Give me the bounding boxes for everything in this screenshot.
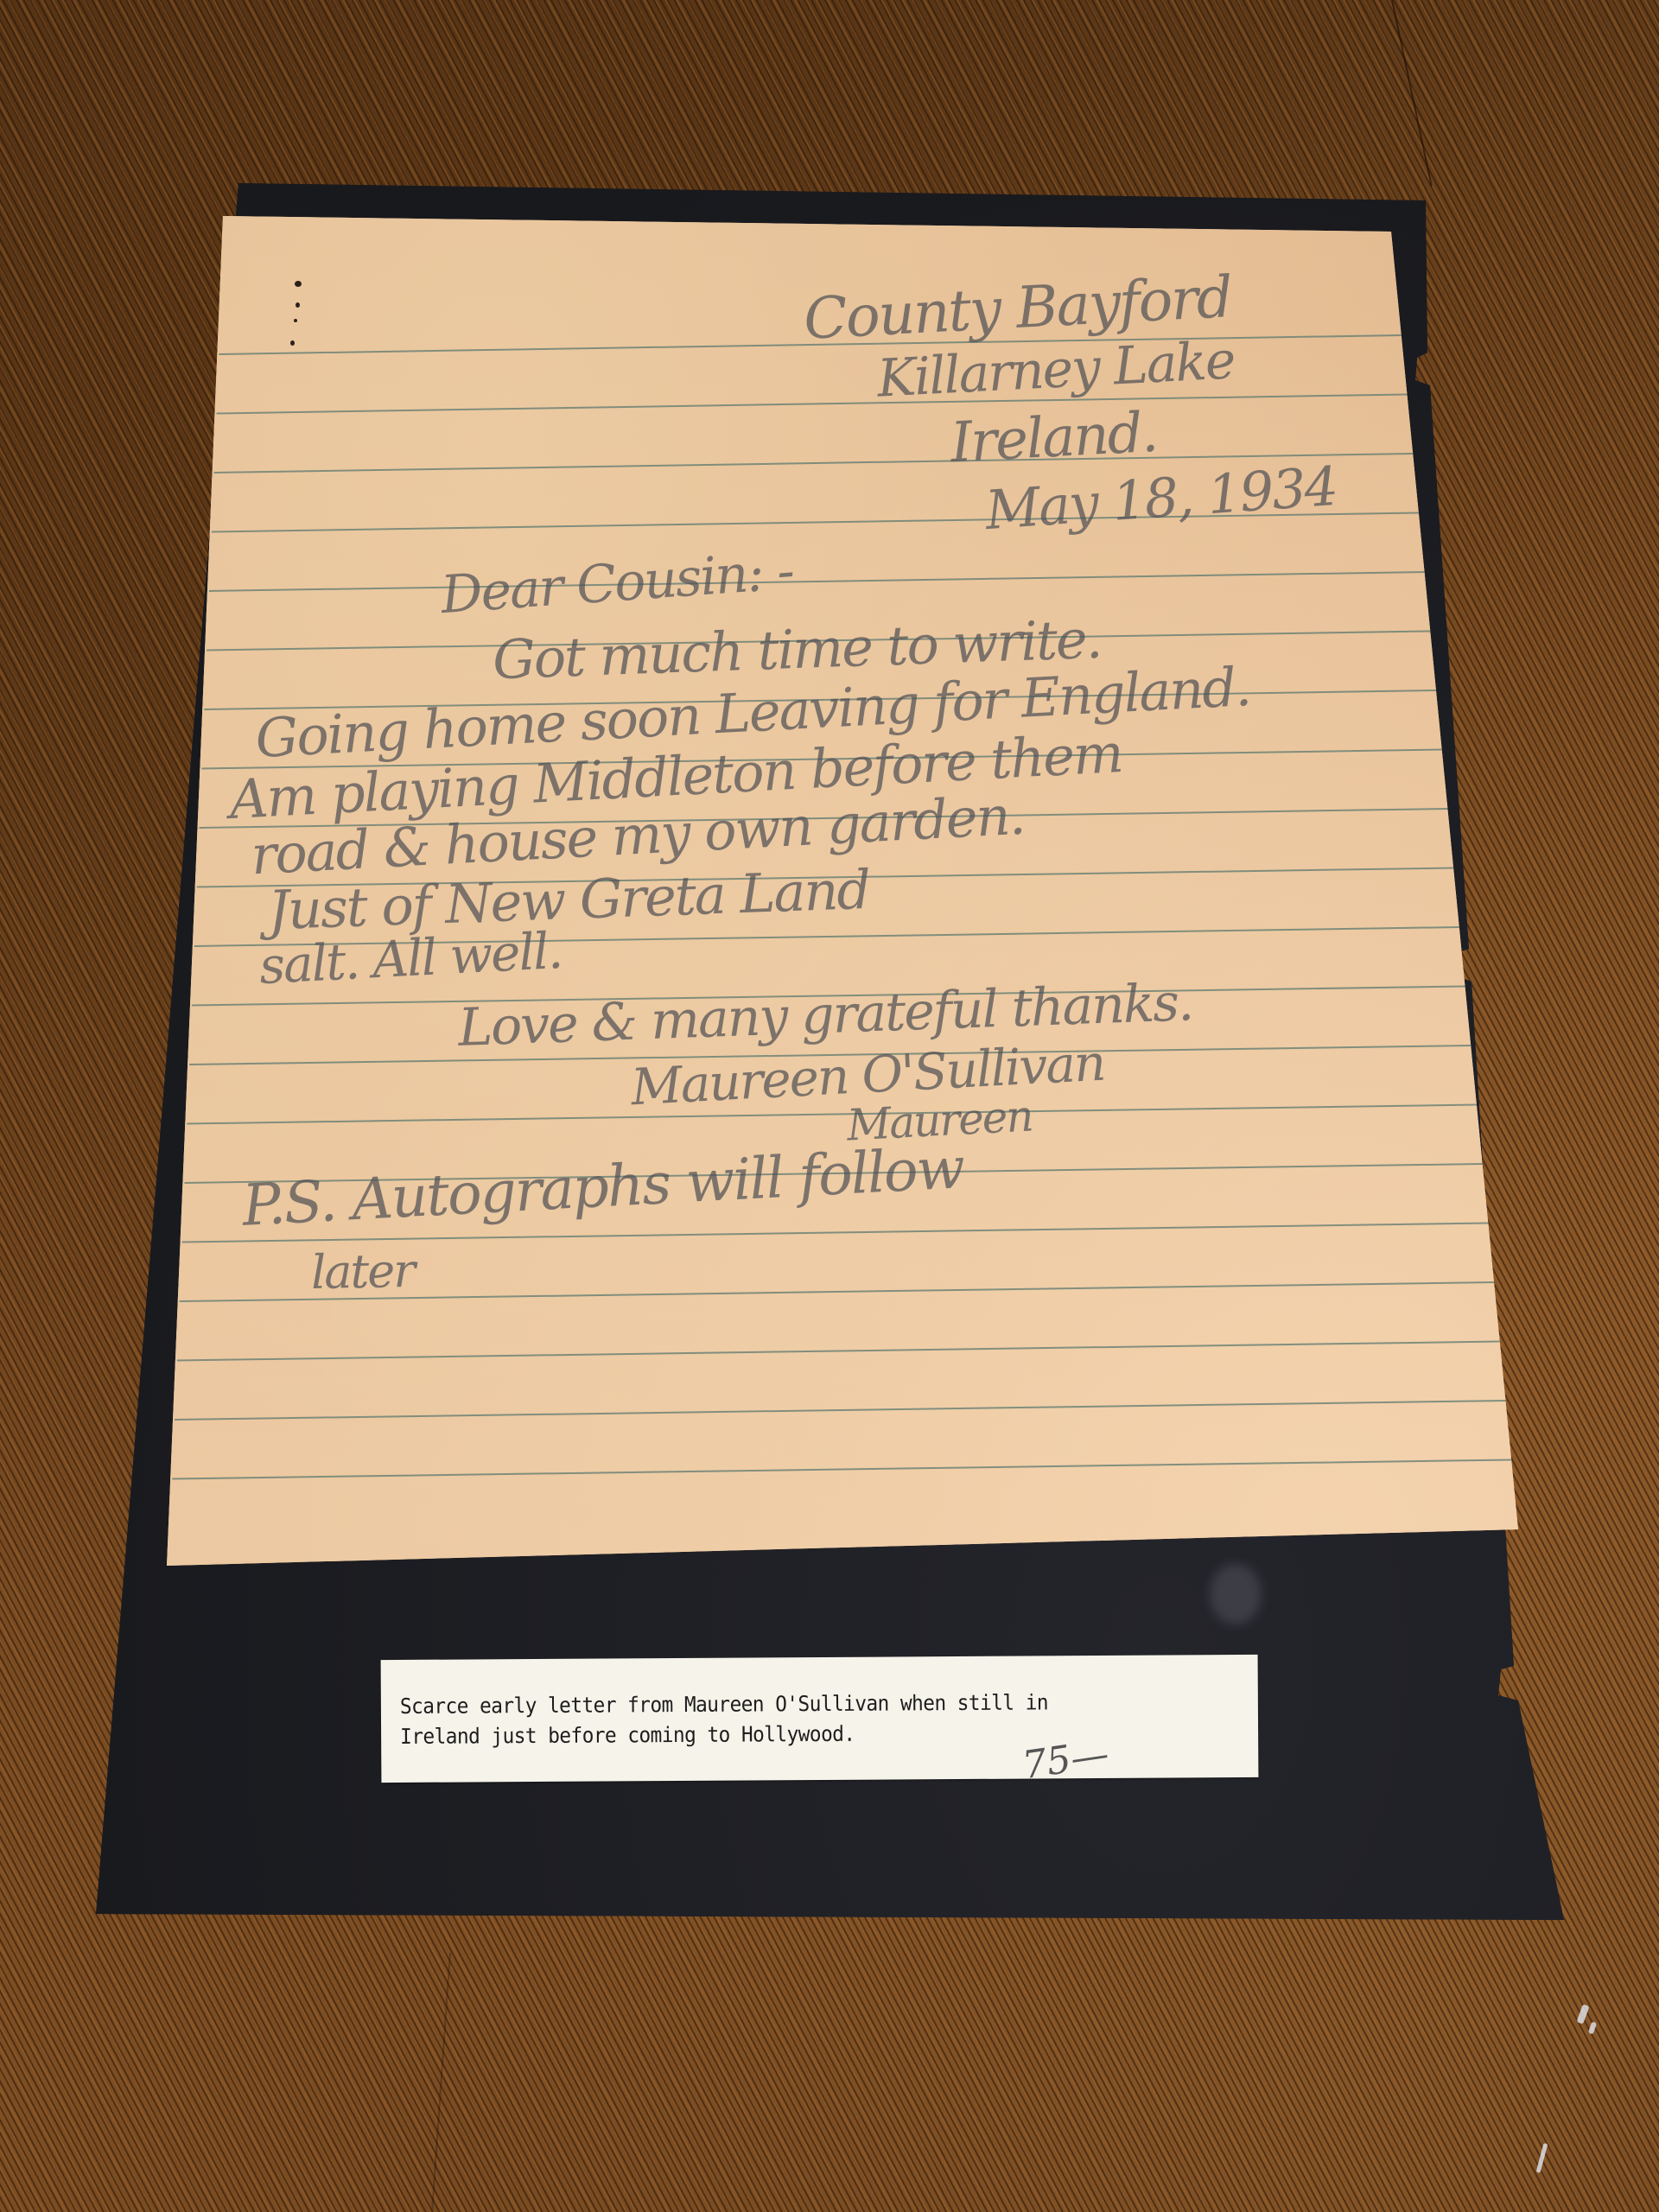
address-line: Ireland.: [949, 401, 1158, 475]
postscript-line: later: [310, 1243, 414, 1300]
caption-line-2: Ireland just before coming to Hollywood.: [400, 1721, 855, 1749]
pin-hole: [290, 340, 295, 346]
pin-hole: [295, 281, 302, 287]
caption-line-1: Scarce early letter from Maureen O'Sulli…: [400, 1689, 1048, 1719]
pin-hole: [296, 302, 300, 308]
caption-label: Scarce early letter from Maureen O'Sulli…: [381, 1655, 1259, 1783]
pin-hole: [294, 319, 297, 322]
